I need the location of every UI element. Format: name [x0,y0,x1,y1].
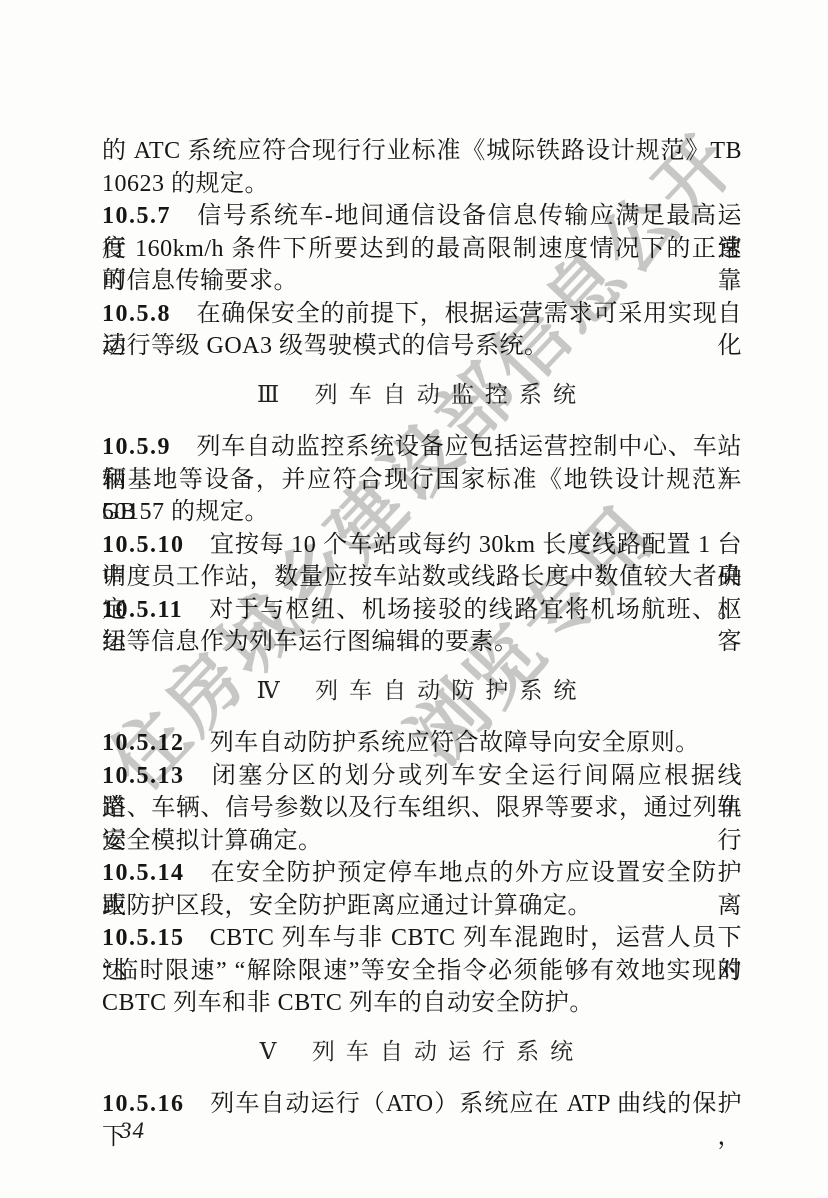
clause-number: 10.5.8 [102,301,171,327]
clause-line: 10.5.9列车自动监控系统设备应包括运营控制中心、车站和车 [102,431,742,464]
clause-number: 10.5.12 [102,730,185,756]
clause-line: 10.5.14在安全防护预定停车地点的外方应设置安全防护距离 [102,857,742,890]
heading-numeral: Ⅴ [260,1039,278,1064]
document-page: 住房城乡建设部信息公开 浏览专用 的 ATC 系统应符合现行行业标准《城际铁路设… [0,0,828,1198]
line-text: 50157 的规定。 [102,499,269,525]
line-text: 安全模拟计算确定。 [102,828,323,854]
text-line: 辆基地等设备，并应符合现行国家标准《地铁设计规范》GB [102,464,742,497]
heading-title: 列车自动监控系统 [315,382,587,407]
section-heading: Ⅴ列车自动运行系统 [102,1036,742,1069]
clause-line: 10.5.11对于与枢纽、机场接驳的线路宜将机场航班、枢纽客 [102,594,742,627]
section-heading: Ⅲ列车自动监控系统 [102,379,742,412]
line-text: 运行等级 GOA3 级驾驶模式的信号系统。 [102,333,549,359]
page-number: 34 [120,1118,145,1144]
clause-number: 10.5.13 [102,763,185,789]
clause-number: 10.5.11 [102,597,183,623]
line-text: 列车自动运行（ATO）系统应在 ATP 曲线的保护下， [102,1091,742,1150]
text-line: CBTC 列车和非 CBTC 列车的自动安全防护。 [102,987,742,1020]
text-line: 调度员工作站，数量应按车站数或线路长度中数值较大者确定。 [102,561,742,594]
clause-line: 10.5.8在确保安全的前提下，根据运营需求可采用实现自动化 [102,298,742,331]
section-heading: Ⅳ列车自动防护系统 [102,675,742,708]
clause-number: 10.5.16 [102,1091,185,1117]
text-line: “临时限速” “解除限速”等安全指令必须能够有效地实现对 [102,955,742,988]
page-content: 的 ATC 系统应符合现行行业标准《城际铁路设计规范》TB10623 的规定。1… [102,135,742,1121]
text-line: 的 ATC 系统应符合现行行业标准《城际铁路设计规范》TB [102,135,742,168]
line-text: 的 ATC 系统应符合现行行业标准《城际铁路设计规范》TB [102,138,742,164]
text-line: 50157 的规定。 [102,496,742,529]
clause-line: 10.5.13闭塞分区的划分或列车安全运行间隔应根据线路、轨 [102,760,742,793]
line-text: 10623 的规定。 [102,171,269,197]
text-line: 度 160km/h 条件下所要达到的最高限制速度情况下的正常可靠 [102,233,742,266]
line-text: 运等信息作为列车运行图编辑的要素。 [102,629,519,655]
clause-line: 10.5.10宜按每 10 个车站或每约 30km 长度线路配置 1 台中央 [102,529,742,562]
line-text: 的信息传输要求。 [102,268,298,294]
heading-title: 列车自动运行系统 [312,1039,584,1064]
clause-line: 10.5.15CBTC 列车与非 CBTC 列车混跑时，运营人员下达的 [102,922,742,955]
clause-line: 10.5.12列车自动防护系统应符合故障导向安全原则。 [102,727,742,760]
heading-numeral: Ⅲ [257,382,280,407]
text-line: 道、车辆、信号参数以及行车组织、限界等要求，通过列车运行 [102,792,742,825]
clause-number: 10.5.9 [102,434,171,460]
heading-title: 列车自动防护系统 [315,678,587,703]
clause-number: 10.5.14 [102,860,185,886]
clause-line: 10.5.7信号系统车-地间通信设备信息传输应满足最高运行速 [102,200,742,233]
clause-number: 10.5.15 [102,925,185,951]
line-text: “临时限速” “解除限速”等安全指令必须能够有效地实现对 [102,958,742,984]
heading-numeral: Ⅳ [257,678,281,703]
clause-number: 10.5.10 [102,532,185,558]
line-text: 或防护区段，安全防护距离应通过计算确定。 [102,893,592,919]
line-text: 列车自动防护系统应符合故障导向安全原则。 [210,730,700,756]
text-line: 10623 的规定。 [102,168,742,201]
clause-number: 10.5.7 [102,203,171,229]
clause-line: 10.5.16列车自动运行（ATO）系统应在 ATP 曲线的保护下， [102,1088,742,1121]
line-text: CBTC 列车和非 CBTC 列车的自动安全防护。 [102,990,594,1016]
